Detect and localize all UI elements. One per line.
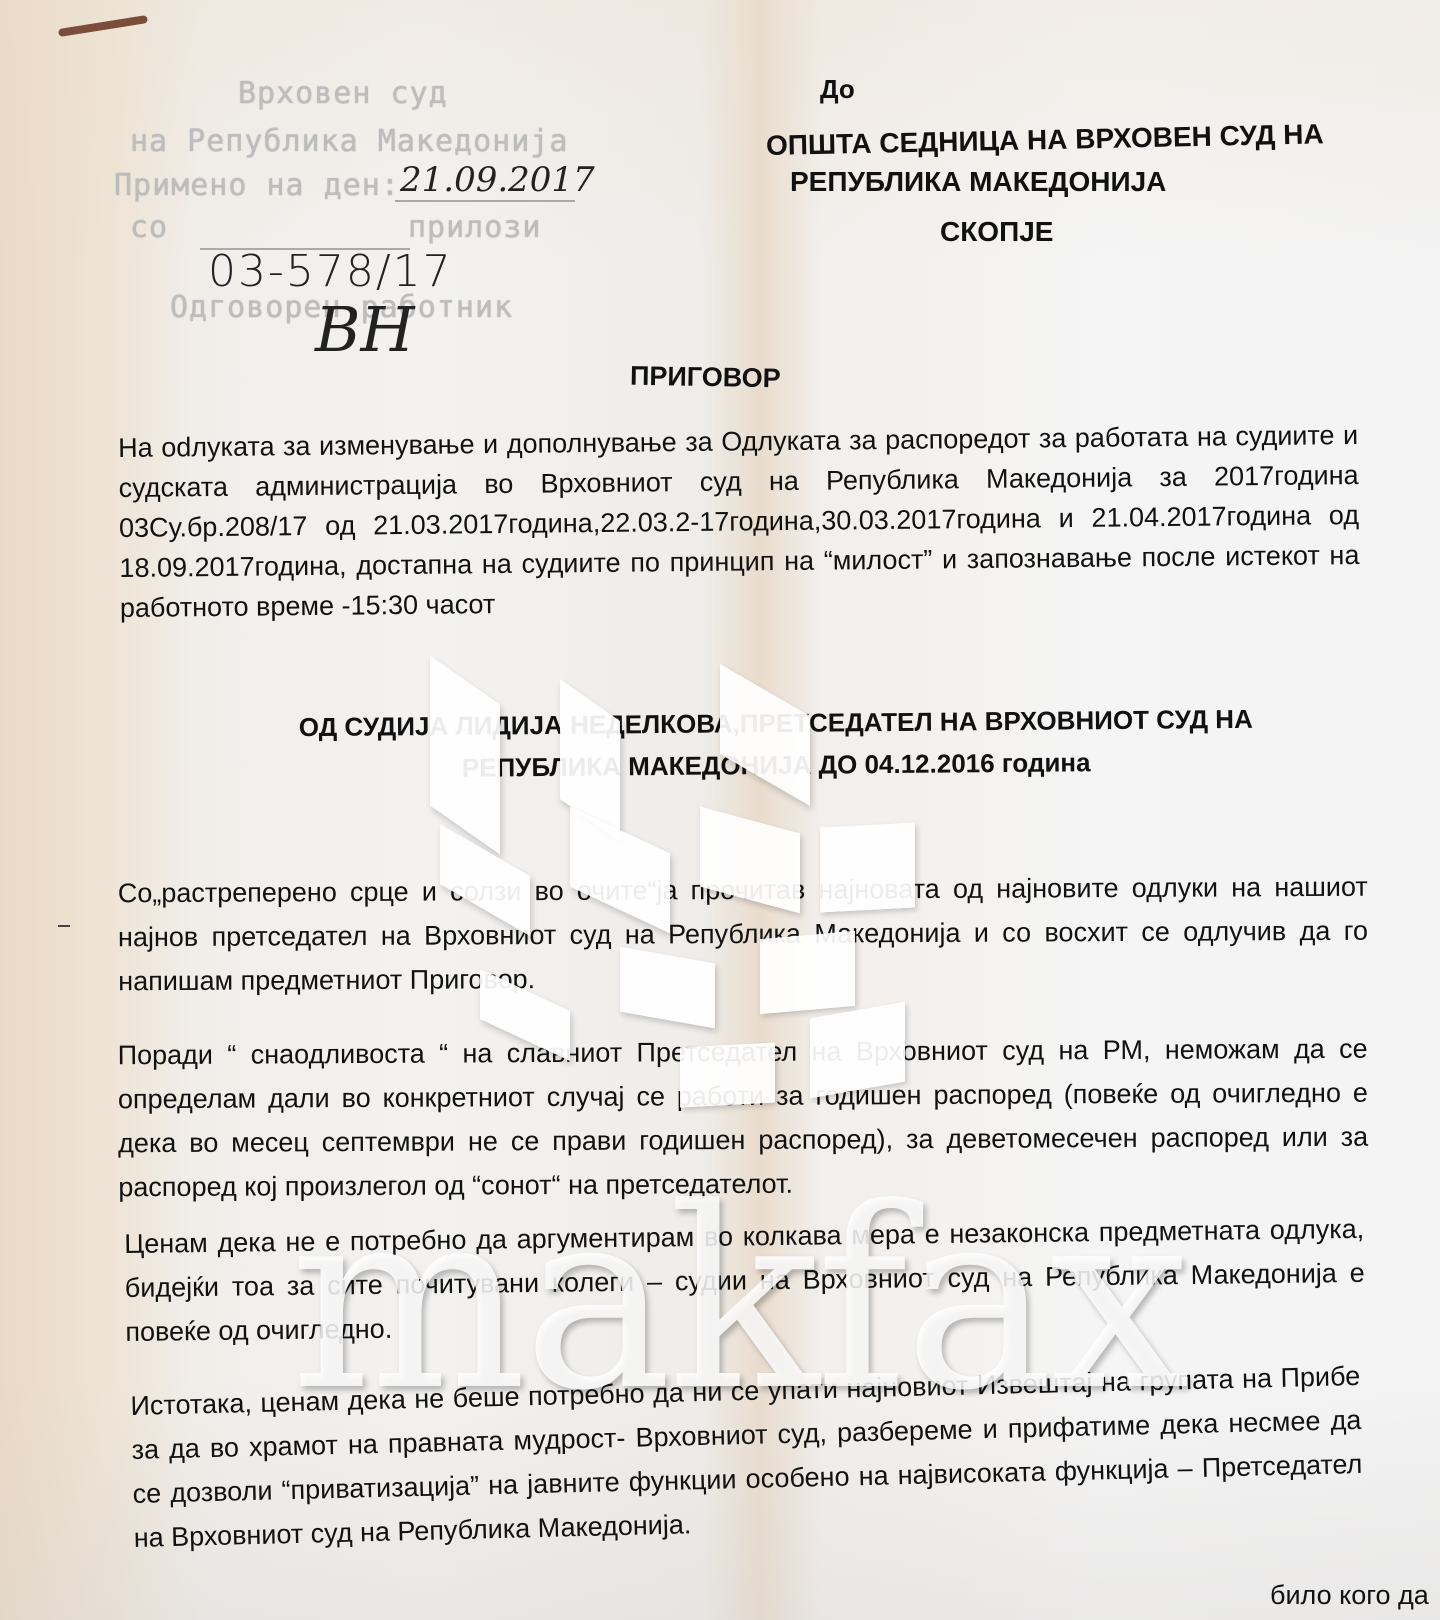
recipient-org-line2: РЕПУБЛИКА МАКЕДОНИЈА	[790, 166, 1166, 198]
document-page: Врховен суд на Република Македонија Прим…	[0, 0, 1440, 1620]
stamp-court-line: Врховен суд	[238, 76, 448, 111]
author-line: ОД СУДИЈА ЛИДИЈА НЕДЕЛКОВА,ПРЕТСЕДАТЕЛ Н…	[226, 697, 1327, 791]
stamp-received-date: 21.09.2017	[400, 160, 595, 200]
body-paragraph: Со„растреперено срце и солзи во очите“ја…	[118, 865, 1369, 1004]
court-receipt-stamp: Врховен суд на Република Македонија Прим…	[110, 68, 590, 368]
stamp-date-underline	[395, 200, 575, 202]
stamp-with-label: со	[130, 210, 168, 245]
body-paragraph: Истотака, ценам дека не беше потребно да…	[130, 1354, 1364, 1560]
recipient-org-line1: ОПШТА СЕДНИЦА НА ВРХОВЕН СУД НА	[766, 118, 1324, 162]
recipient-city: СКОПЈЕ	[940, 216, 1053, 248]
recipient-to: До	[820, 74, 855, 105]
stamp-received-label: Примено на ден:	[114, 168, 400, 203]
stamp-republic-line: на Република Македонија	[130, 124, 568, 159]
body-paragraph: Ценам дека не е потребно да аргументирам…	[124, 1207, 1366, 1354]
margin-mark	[58, 925, 70, 927]
body-paragraph: Поради “ снаодливоста “ на славниот Прет…	[118, 1027, 1369, 1210]
document-title: ПРИГОВОР	[630, 361, 781, 395]
intro-paragraph: На odлуката за изменување и дополнување …	[118, 415, 1360, 628]
handwritten-signature: ВН	[315, 293, 415, 366]
cut-off-text: било кого да	[1270, 1580, 1429, 1611]
pen-mark	[58, 15, 148, 37]
stamp-attachments-label: прилози	[408, 210, 541, 245]
